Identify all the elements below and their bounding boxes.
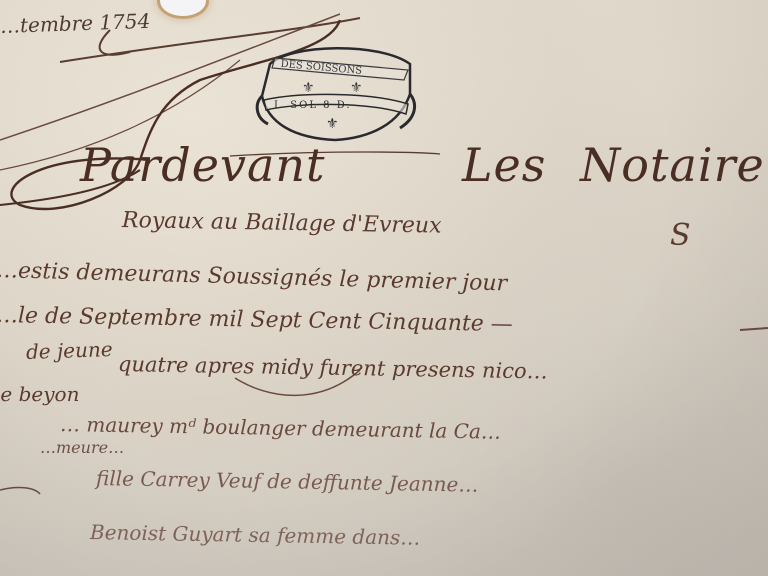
handwritten-line-4a: de jeune — [26, 337, 113, 364]
title-word-notaires: Notaire… — [580, 138, 768, 192]
svg-text:⚜: ⚜ — [302, 80, 315, 96]
handwritten-line-5: le beyon — [0, 382, 79, 406]
svg-text:⚜: ⚜ — [350, 80, 363, 96]
title-word-pardevant: Pardevant — [80, 138, 326, 192]
stamp-banner-bottom: I. SOL 8 D. — [274, 100, 352, 111]
stamp-banner-top: DES SOISSONS — [280, 59, 362, 77]
svg-text:⚜: ⚜ — [326, 116, 339, 132]
handwritten-line-1-trailing: S — [670, 218, 691, 253]
handwritten-line-6b: …meure… — [40, 438, 124, 457]
tax-stamp: DES SOISSONS I. SOL 8 D. ⚜ ⚜ ⚜ — [250, 34, 420, 146]
title-word-les: Les — [462, 138, 546, 192]
